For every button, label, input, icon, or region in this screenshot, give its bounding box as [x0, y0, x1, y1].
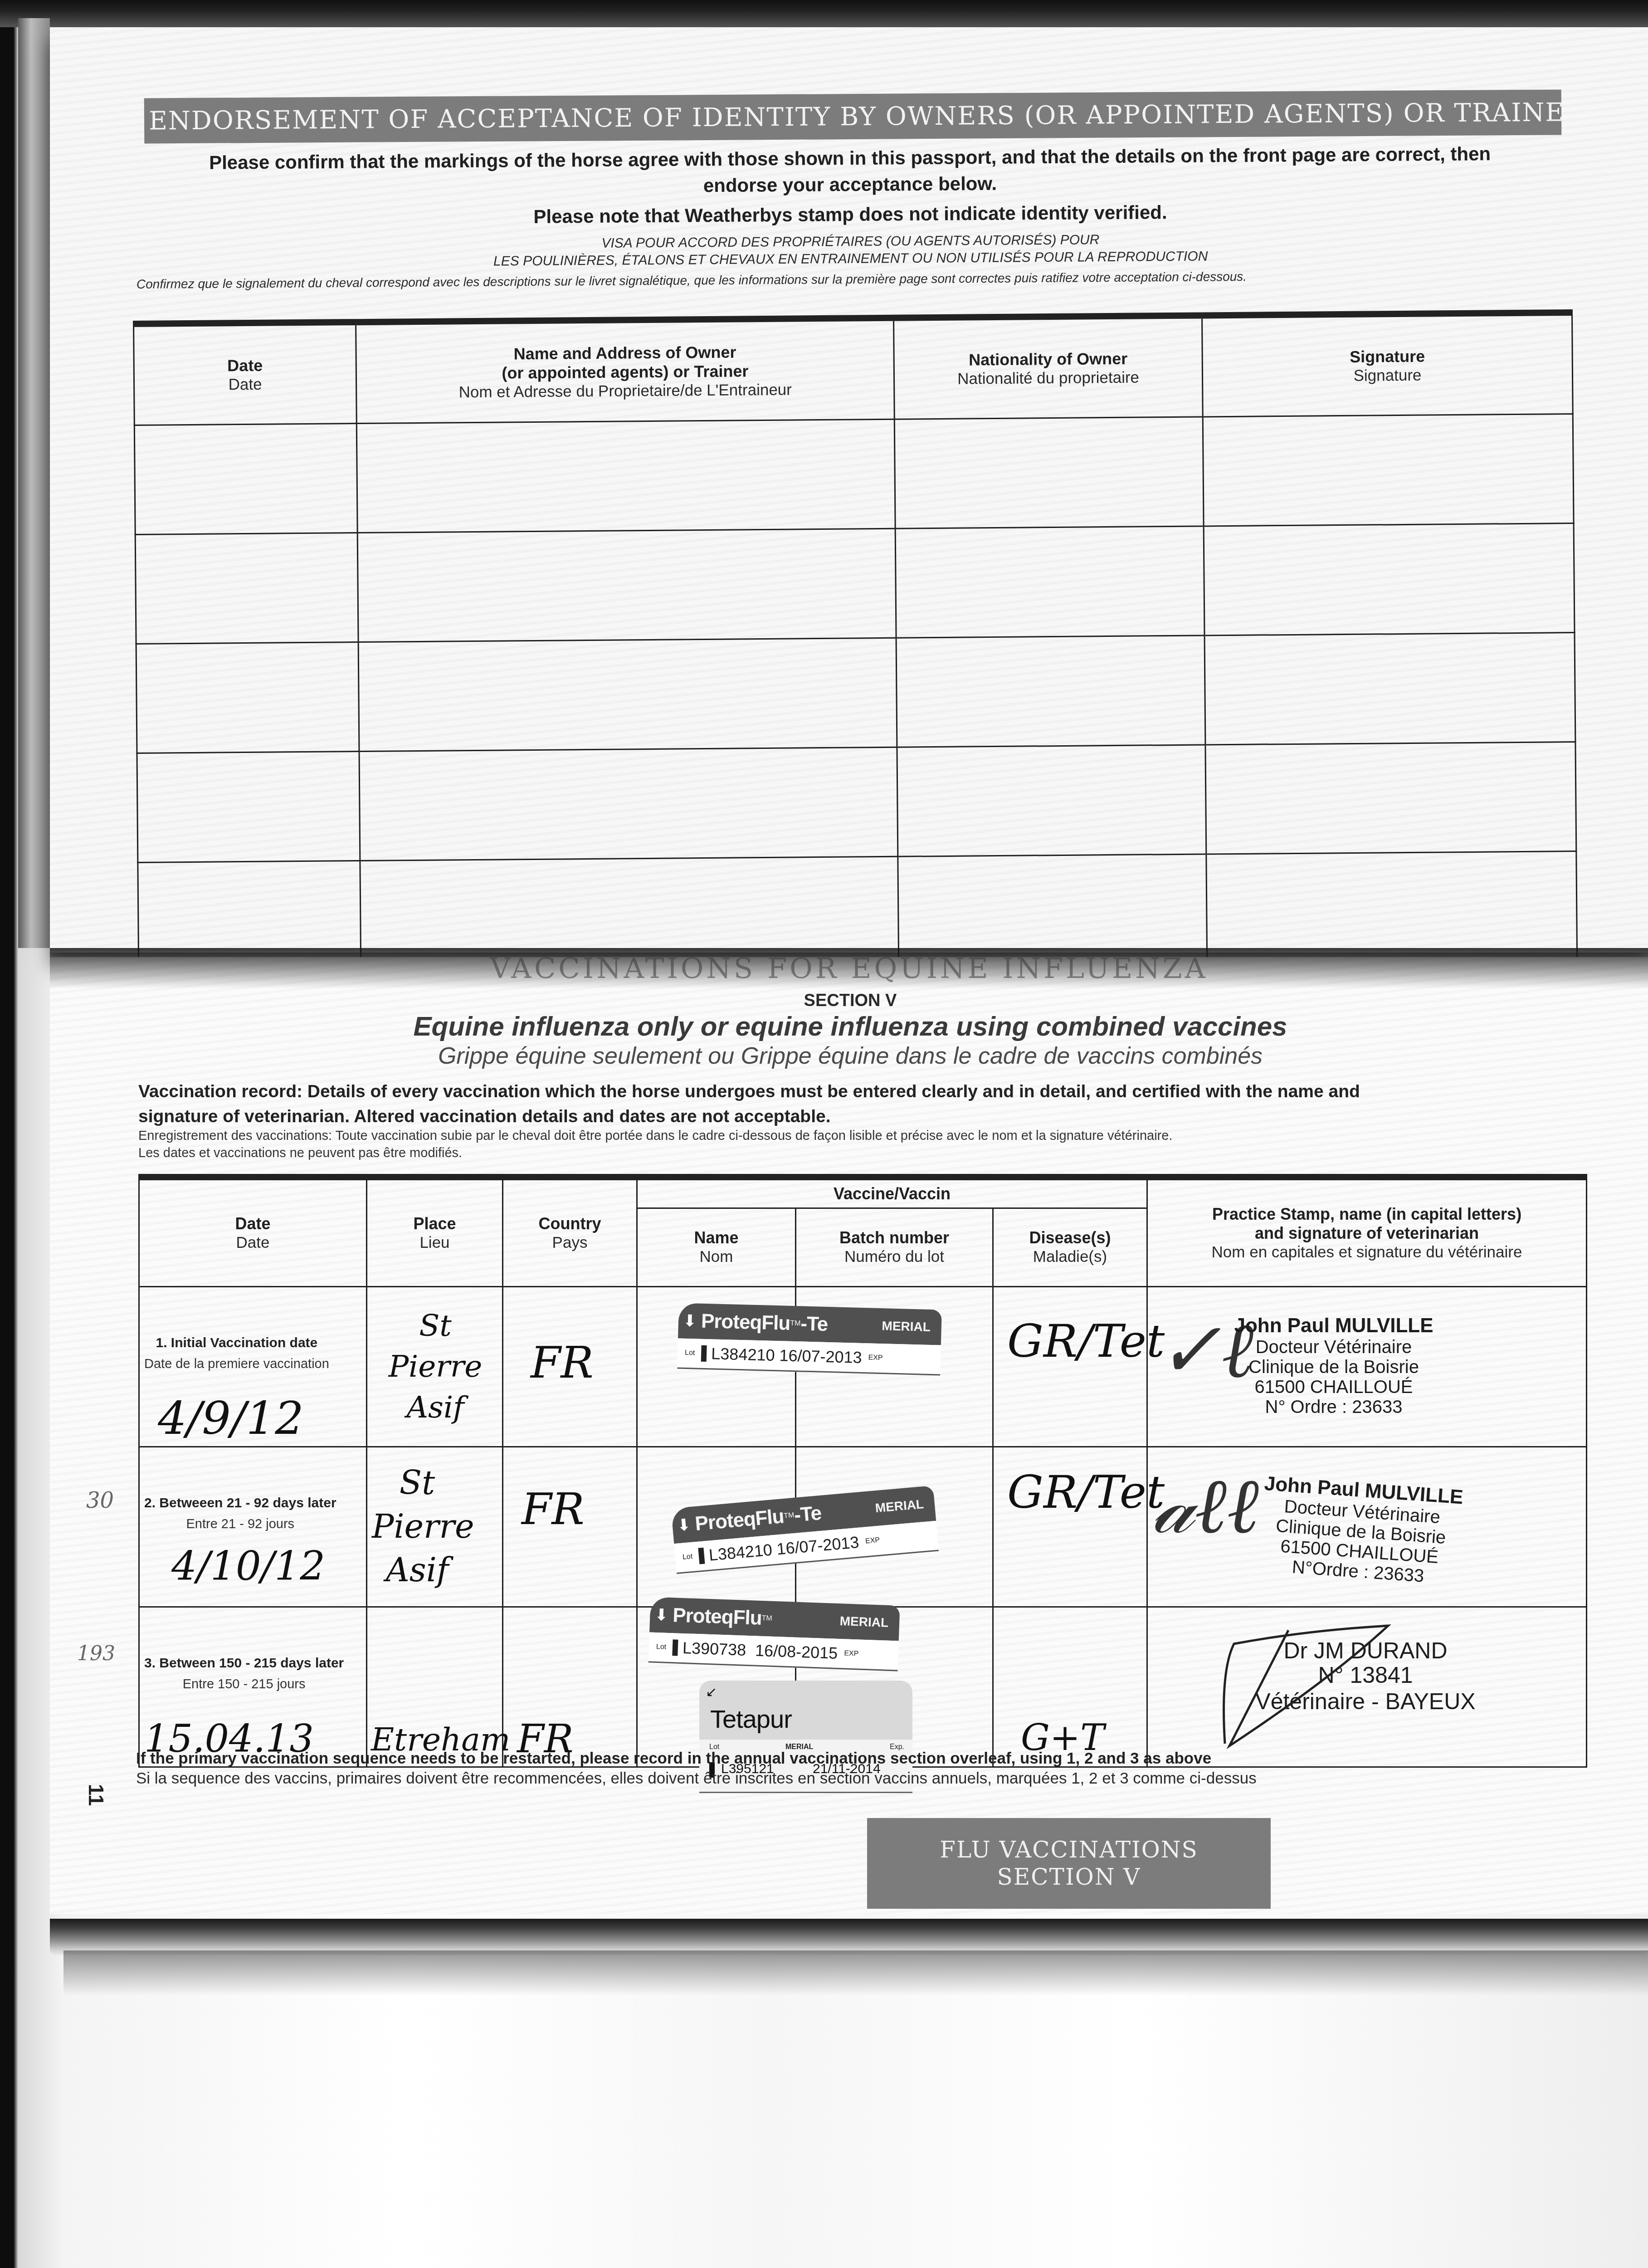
- handwritten-country: FR: [531, 1337, 594, 1388]
- section-label: SECTION V: [136, 991, 1565, 1011]
- header-date: Date Date: [139, 1177, 367, 1287]
- vaccination-place-cell[interactable]: St Pierre Asif: [367, 1287, 503, 1447]
- endorsement-header-row: Date Date Name and Address of Owner (or …: [134, 313, 1573, 425]
- endorsement-owner-cell[interactable]: [359, 747, 898, 860]
- endorsement-signature-cell[interactable]: [1203, 414, 1574, 526]
- vet-stamp: John Paul MULVILLE Docteur Vétérinaire C…: [1207, 1315, 1461, 1417]
- endorsement-banner: ENDORSEMENT OF ACCEPTANCE OF IDENTITY BY…: [144, 89, 1562, 143]
- endorsement-nationality-cell[interactable]: [897, 745, 1206, 856]
- vaccination-date-cell[interactable]: 2. Betweeen 21 - 92 days later Entre 21 …: [139, 1447, 367, 1607]
- row-label: 3. Between 150 - 215 days later Entre 15…: [144, 1653, 344, 1695]
- endorsement-nationality-cell[interactable]: [895, 526, 1204, 638]
- endorsement-signature-cell[interactable]: [1204, 633, 1575, 745]
- handwritten-country: FR: [522, 1484, 585, 1535]
- arrow-down-icon: ⬇: [672, 1515, 696, 1535]
- header-owner-name-address: Name and Address of Owner (or appointed …: [356, 318, 895, 424]
- endorsement-row: [136, 633, 1575, 753]
- vaccination-date-cell[interactable]: 1. Initial Vaccination date Date de la p…: [139, 1287, 367, 1447]
- barcode-icon: [673, 1639, 678, 1656]
- passport-shadow: [63, 1950, 1648, 1996]
- vaccine-sticker: ⬇ ProteqFlu TM -Te MERIAL Lot L384210 16…: [677, 1303, 942, 1378]
- vet-stamp: John Paul MULVILLE Docteur Vétérinaire C…: [1235, 1471, 1487, 1590]
- vaccination-country-cell[interactable]: FR: [503, 1607, 637, 1767]
- spine-show-through-text: VACCINATIONS FOR EQUINE INFLUENZA: [50, 952, 1648, 985]
- endorsement-signature-cell[interactable]: [1206, 851, 1577, 963]
- endorsement-owner-cell[interactable]: [358, 638, 897, 751]
- page-number: 11: [84, 1784, 108, 1806]
- instruction-note: Please note that Weatherbys stamp does n…: [136, 196, 1565, 233]
- header-batch-number: Batch number Numéro du lot: [796, 1208, 993, 1287]
- endorsement-row: [135, 523, 1575, 644]
- endorsement-row: [137, 742, 1576, 863]
- endorsement-row: [134, 414, 1574, 535]
- endorsement-nationality-cell[interactable]: [894, 417, 1204, 528]
- footnote-fr: Si la sequence des vaccins, primaires do…: [136, 1769, 1610, 1789]
- handwritten-disease: GR/Tet: [1007, 1466, 1165, 1519]
- barcode-icon: [698, 1548, 705, 1564]
- lot-number: L384210: [711, 1344, 775, 1365]
- endorsement-table: Date Date Name and Address of Owner (or …: [133, 309, 1578, 973]
- vaccine-disease-cell[interactable]: GR/Tet: [993, 1447, 1147, 1607]
- vaccine-sticker: ⬇ ProteqFlu TM MERIAL Lot L390738 16/08-…: [648, 1597, 900, 1673]
- vet-stamp-cell[interactable]: Dr JM DURAND N° 13841 Vétérinaire - BAYE…: [1147, 1607, 1587, 1767]
- vaccination-table: Date Date Place Lieu Country Pays Vaccin…: [138, 1174, 1587, 1768]
- header-date: Date Date: [134, 322, 357, 425]
- arrow-down-icon: ⬇: [678, 1311, 701, 1330]
- passport-cover-edge: [18, 18, 50, 948]
- section-title-en: Equine influenza only or equine influenz…: [136, 1011, 1565, 1042]
- header-disease: Disease(s) Maladie(s): [993, 1208, 1147, 1287]
- record-instruction-en-1: Vaccination record: Details of every vac…: [138, 1077, 1589, 1106]
- header-place: Place Lieu: [367, 1177, 503, 1287]
- restart-footnote: If the primary vaccination sequence need…: [136, 1749, 1610, 1789]
- vaccine-disease-cell[interactable]: G+T: [993, 1607, 1147, 1767]
- footnote-en: If the primary vaccination sequence need…: [136, 1749, 1610, 1769]
- endorsement-date-cell[interactable]: [135, 533, 358, 644]
- vaccination-country-cell[interactable]: FR: [503, 1447, 637, 1607]
- section-tab-line-2: SECTION V: [867, 1863, 1271, 1891]
- handwritten-place: St Pierre Asif: [372, 1461, 463, 1592]
- vaccination-record-instructions: Vaccination record: Details of every vac…: [138, 1077, 1589, 1162]
- record-instruction-fr-1: Enregistrement des vaccinations: Toute v…: [138, 1127, 1589, 1144]
- endorsement-date-cell[interactable]: [136, 642, 359, 753]
- row-label: 2. Betweeen 21 - 92 days later Entre 21 …: [144, 1493, 336, 1535]
- section-tab: FLU VACCINATIONS SECTION V: [867, 1818, 1271, 1909]
- expiry-date: 16/08-2015: [755, 1641, 838, 1663]
- vet-stamp-cell[interactable]: 𝒶ℓℓ John Paul MULVILLE Docteur Vétérinai…: [1147, 1447, 1587, 1607]
- vaccine-disease-cell[interactable]: GR/Tet: [993, 1287, 1147, 1447]
- passport-bottom-edge: [50, 1919, 1648, 1955]
- endorsement-instructions: Please confirm that the markings of the …: [136, 140, 1565, 292]
- header-nationality: Nationality of Owner Nationalité du prop…: [894, 315, 1203, 419]
- expiry-date: 16/07-2013: [779, 1346, 862, 1367]
- vaccination-place-cell[interactable]: Etreham: [367, 1607, 503, 1767]
- endorsement-nationality-cell[interactable]: [896, 635, 1205, 747]
- record-instruction-fr-2: Les dates et vaccinations ne peuvent pas…: [138, 1144, 1589, 1162]
- arrow-down-left-icon: ↙: [706, 1684, 717, 1700]
- endorsement-owner-cell[interactable]: [357, 528, 896, 642]
- endorsement-date-cell[interactable]: [134, 424, 357, 535]
- header-country: Country Pays: [503, 1177, 637, 1287]
- scanner-top-edge: [0, 0, 1648, 27]
- handwritten-place: St Pierre Asif: [372, 1305, 499, 1428]
- vet-stamp-cell[interactable]: ✓ℓ John Paul MULVILLE Docteur Vétérinair…: [1147, 1287, 1587, 1447]
- endorsement-owner-cell[interactable]: [356, 419, 895, 533]
- endorsement-banner-text: ENDORSEMENT OF ACCEPTANCE OF IDENTITY BY…: [144, 97, 1561, 136]
- header-vaccine-name: Name Nom: [637, 1208, 796, 1287]
- handwritten-date: 4/10/12: [171, 1543, 325, 1589]
- section-tab-line-1: FLU VACCINATIONS: [867, 1836, 1271, 1863]
- header-practice-stamp: Practice Stamp, name (in capital letters…: [1147, 1177, 1587, 1287]
- header-signature: Signature Signature: [1202, 313, 1573, 417]
- vaccine-product-name: Tetapur: [710, 1704, 792, 1734]
- row-label: 1. Initial Vaccination date Date de la p…: [144, 1333, 329, 1374]
- arrow-down-icon: ⬇: [650, 1605, 673, 1625]
- vaccination-place-cell[interactable]: St Pierre Asif: [367, 1447, 503, 1607]
- margin-note-days: 30: [86, 1488, 114, 1513]
- record-instruction-en-2: signature of veterinarian. Altered vacci…: [138, 1106, 1589, 1127]
- handwritten-disease: GR/Tet: [1007, 1315, 1165, 1368]
- margin-note-days: 193: [77, 1642, 115, 1665]
- section-heading: SECTION V Equine influenza only or equin…: [136, 991, 1565, 1070]
- endorsement-signature-cell[interactable]: [1205, 742, 1576, 854]
- header-vaccine-group: Vaccine/Vaccin: [637, 1177, 1147, 1208]
- handwritten-date: 4/9/12: [158, 1392, 304, 1445]
- vet-signature: [1216, 1617, 1488, 1753]
- vaccination-header-row: Date Date Place Lieu Country Pays Vaccin…: [139, 1177, 1587, 1208]
- lot-number: L384210: [708, 1540, 773, 1565]
- barcode-icon: [701, 1345, 707, 1362]
- lot-number: L390738: [682, 1638, 746, 1660]
- section-title-fr: Grippe équine seulement ou Grippe équine…: [136, 1042, 1565, 1070]
- endorsement-date-cell[interactable]: [137, 752, 360, 863]
- expiry-date: 16/07-2013: [776, 1533, 860, 1559]
- vaccination-country-cell[interactable]: FR: [503, 1287, 637, 1447]
- endorsement-signature-cell[interactable]: [1204, 523, 1575, 635]
- vaccination-date-cell[interactable]: 3. Between 150 - 215 days later Entre 15…: [139, 1607, 367, 1767]
